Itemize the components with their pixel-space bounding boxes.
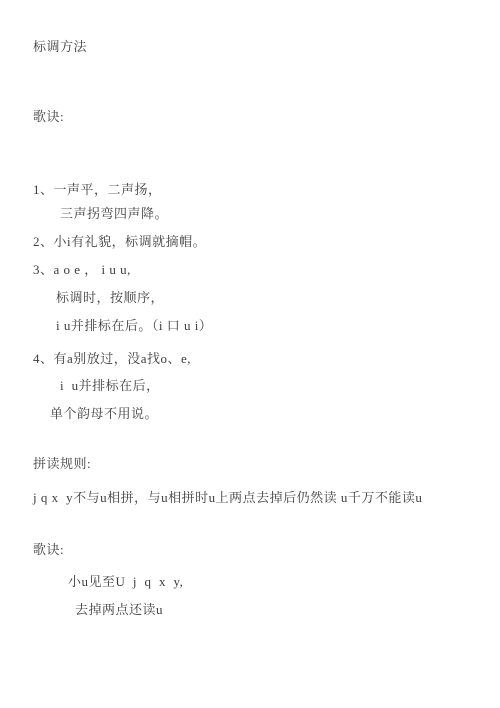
rule1-line2: 三声拐弯四声降。: [60, 207, 168, 222]
rule4-line1: 4、有a别放过，没a找o、e,: [33, 352, 191, 367]
document-page: 标调方法 歌诀: 1、一声平，二声扬， 三声拐弯四声降。 2、小i有礼貌，标调就…: [0, 0, 500, 708]
rule4-line3: 单个韵母不用说。: [50, 407, 158, 422]
document-title: 标调方法: [33, 40, 87, 55]
rule3-line3: i u并排标在后。（i 口 u i）: [56, 319, 212, 334]
rhyme2-line1: 小u见至U j q x y,: [68, 575, 183, 590]
rule3-line2: 标调时，按顺序，: [56, 291, 164, 306]
rule2-line1: 2、小i有礼貌，标调就摘帽。: [33, 235, 206, 250]
rule1-line1: 1、一声平，二声扬，: [33, 183, 162, 198]
rhyme2-line2: 去掉两点还读u: [75, 603, 163, 618]
rhyme-section-heading-1: 歌诀:: [33, 110, 64, 125]
rule4-line2: i u并排标在后，: [60, 379, 160, 394]
spelling-rule-line: j q x y不与u相拼，与u相拼时u上两点去掉后仍然读 u千万不能读u: [33, 491, 422, 506]
rhyme-section-heading-2: 歌诀:: [33, 543, 64, 558]
rule3-line1: 3、a o e ， i u u,: [33, 263, 131, 278]
spelling-rules-heading: 拼读规则:: [33, 457, 91, 472]
